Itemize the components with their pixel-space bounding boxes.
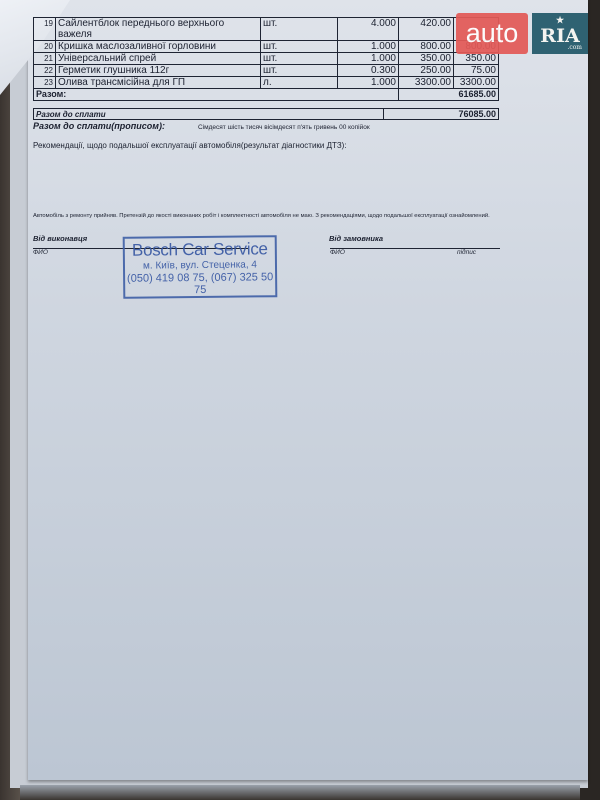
item-name: Олива трансмісійна для ГП [56, 77, 261, 89]
item-price: 350.00 [399, 53, 454, 65]
acceptance-statement: Автомобіль з ремонту прийняв. Претензій … [33, 213, 499, 220]
item-quantity: 1.000 [338, 53, 399, 65]
page-stack-edge [20, 785, 580, 800]
total-in-words: Разом до сплати(прописом): Сімдесят шіст… [33, 121, 499, 131]
item-quantity: 4.000 [338, 18, 399, 41]
subtotal-label: Разом: [34, 89, 399, 101]
logo-com-text: .com [567, 44, 582, 51]
table-row: 21Універсальний спрейшт.1.000350.00350.0… [34, 53, 499, 65]
item-unit: шт. [261, 53, 338, 65]
total-due-row: Разом до сплати 76085.00 [33, 108, 499, 120]
total-due-value: 76085.00 [384, 109, 499, 120]
star-icon: ★ [556, 17, 564, 25]
autoria-logo-ria: ★ RIA .com [532, 13, 588, 54]
executor-label: Від виконавця [33, 234, 87, 243]
table-row: 22Герметик глушника 112гшт.0.300250.0075… [34, 65, 499, 77]
item-number: 23 [34, 77, 56, 89]
item-quantity: 1.000 [338, 41, 399, 53]
total-in-words-label: Разом до сплати(прописом): [33, 121, 198, 131]
item-unit: шт. [261, 41, 338, 53]
logo-auto-text: auto [466, 18, 519, 49]
item-price: 800.00 [399, 41, 454, 53]
item-name: Універсальний спрей [56, 53, 261, 65]
stamp-title: Bosch Car Service [125, 239, 275, 261]
item-number: 21 [34, 53, 56, 65]
table-row: 23Олива трансмісійна для ГПл.1.0003300.0… [34, 77, 499, 89]
table-row: 19Сайлентблок переднього верхнього важел… [34, 18, 499, 41]
total-in-words-value: Сімдесят шість тисяч вісімдесят п'ять гр… [198, 124, 370, 131]
subtotal-value: 61685.00 [399, 89, 499, 101]
customer-fio-label: ФИО [330, 249, 345, 256]
item-number: 22 [34, 65, 56, 77]
subtotal-row: Разом: 61685.00 [34, 89, 499, 101]
item-price: 420.00 [399, 18, 454, 41]
item-unit: л. [261, 77, 338, 89]
autoria-logo-auto: auto [456, 13, 528, 54]
invoice-document: 19Сайлентблок переднього верхнього важел… [33, 17, 499, 261]
item-sum: 3300.00 [454, 77, 499, 89]
item-number: 20 [34, 41, 56, 53]
item-unit: шт. [261, 65, 338, 77]
item-sum: 350.00 [454, 53, 499, 65]
customer-signature-label: підпис [457, 249, 476, 256]
item-price: 250.00 [399, 65, 454, 77]
parts-table: 19Сайлентблок переднього верхнього важел… [33, 17, 499, 101]
total-due-label: Разом до сплати [34, 109, 384, 120]
stamp-address: м. Київ, вул. Стеценка, 4 [125, 259, 275, 272]
item-name: Герметик глушника 112г [56, 65, 261, 77]
customer-label: Від замовника [329, 234, 499, 243]
item-unit: шт. [261, 18, 338, 41]
item-quantity: 1.000 [338, 77, 399, 89]
item-sum: 75.00 [454, 65, 499, 77]
company-stamp: Bosch Car Service м. Київ, вул. Стеценка… [123, 235, 278, 299]
table-row: 20Кришка маслозаливної горловиништ.1.000… [34, 41, 499, 53]
executor-fio-label: ФИО [33, 249, 48, 256]
item-number: 19 [34, 18, 56, 41]
stamp-phones: (050) 419 08 75, (067) 325 50 75 [125, 271, 275, 297]
item-name: Сайлентблок переднього верхнього важеля [56, 18, 261, 41]
item-price: 3300.00 [399, 77, 454, 89]
item-name: Кришка маслозаливної горловини [56, 41, 261, 53]
recommendations-label: Рекомендації, щодо подальшої експлуатаці… [33, 141, 499, 150]
item-quantity: 0.300 [338, 65, 399, 77]
